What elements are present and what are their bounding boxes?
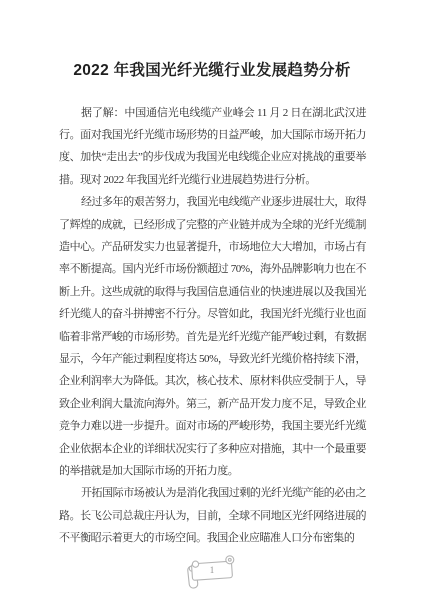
page-number-scroll-icon: 1 bbox=[184, 551, 240, 593]
document-body: 据了解：中国通信光电线缆产业峰会 11 月 2 日在湖北武汉进行。面对我国光纤光… bbox=[59, 102, 366, 550]
page-number: 1 bbox=[184, 564, 240, 576]
paragraph: 经过多年的艰苦努力，我国光电线缆产业逐步进展壮大，取得了辉煌的成就，已经形成了完… bbox=[59, 191, 366, 482]
document-page: 2022 年我国光纤光缆行业发展趋势分析 据了解：中国通信光电线缆产业峰会 11… bbox=[0, 0, 424, 600]
paragraph: 开拓国际市场被认为是消化我国过剩的光纤光缆产能的必由之路。长飞公司总裁庄丹认为，… bbox=[59, 482, 366, 549]
paragraph: 据了解：中国通信光电线缆产业峰会 11 月 2 日在湖北武汉进行。面对我国光纤光… bbox=[59, 102, 366, 192]
page-footer: 1 bbox=[0, 551, 424, 593]
document-title: 2022 年我国光纤光缆行业发展趋势分析 bbox=[0, 58, 424, 84]
